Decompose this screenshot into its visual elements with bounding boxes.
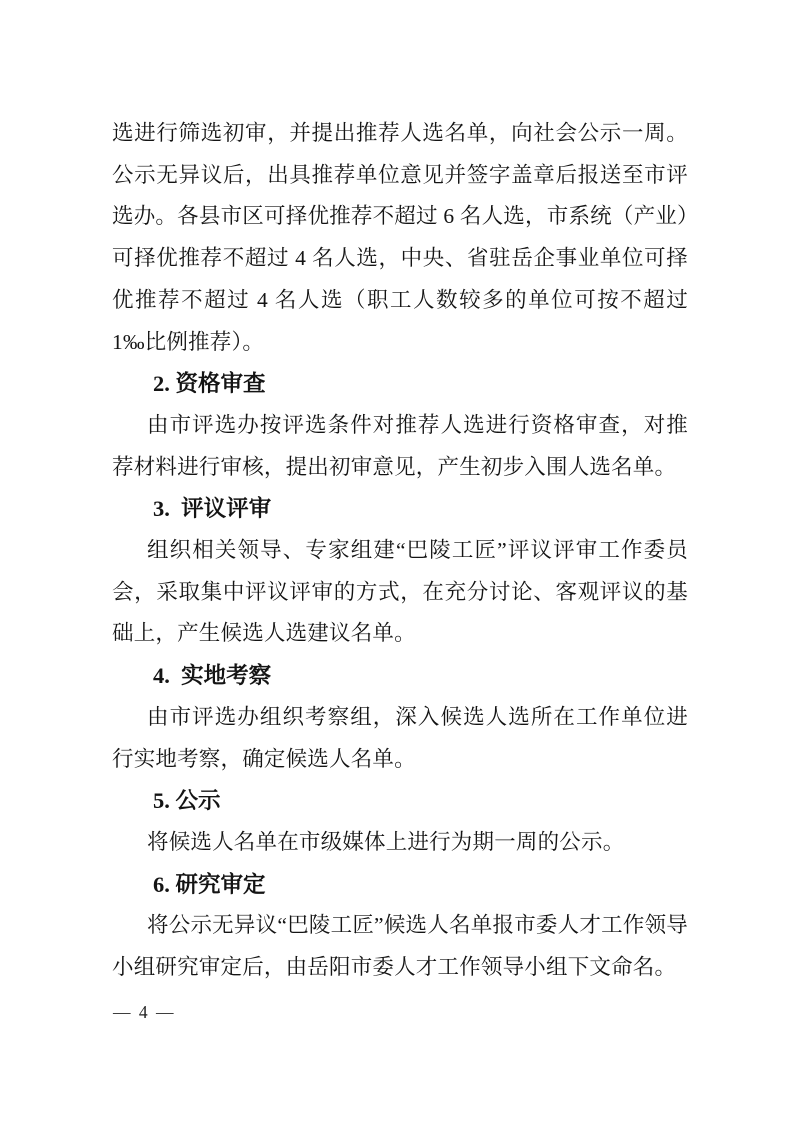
body-paragraph: 由市评选办按评选条件对推荐人选进行资格审查，对推荐材料进行审核，提出初审意见，产…	[112, 405, 688, 488]
body-paragraph: 将候选人名单在市级媒体上进行为期一周的公示。	[112, 822, 688, 864]
body-paragraph: 选进行筛选初审，并提出推荐人选名单，向社会公示一周。公示无异议后，出具推荐单位意…	[112, 113, 688, 363]
body-paragraph: 将公示无异议“巴陵工匠”候选人名单报市委人才工作领导小组研究审定后，由岳阳市委人…	[112, 905, 688, 988]
body-paragraph: 组织相关领导、专家组建“巴陵工匠”评议评审工作委员会，采取集中评议评审的方式，在…	[112, 530, 688, 655]
body-paragraph: 由市评选办组织考察组，深入候选人选所在工作单位进行实地考察，确定候选人名单。	[112, 697, 688, 780]
section-heading: 6. 研究审定	[112, 864, 688, 906]
section-heading: 5. 公示	[112, 780, 688, 822]
document-page: 选进行筛选初审，并提出推荐人选名单，向社会公示一周。公示无异议后，出具推荐单位意…	[0, 0, 793, 1122]
section-heading: 4. 实地考察	[112, 655, 688, 697]
document-body: 选进行筛选初审，并提出推荐人选名单，向社会公示一周。公示无异议后，出具推荐单位意…	[112, 113, 688, 989]
page-number: — 4 —	[113, 1000, 176, 1024]
section-heading: 3. 评议评审	[112, 488, 688, 530]
section-heading: 2. 资格审查	[112, 363, 688, 405]
